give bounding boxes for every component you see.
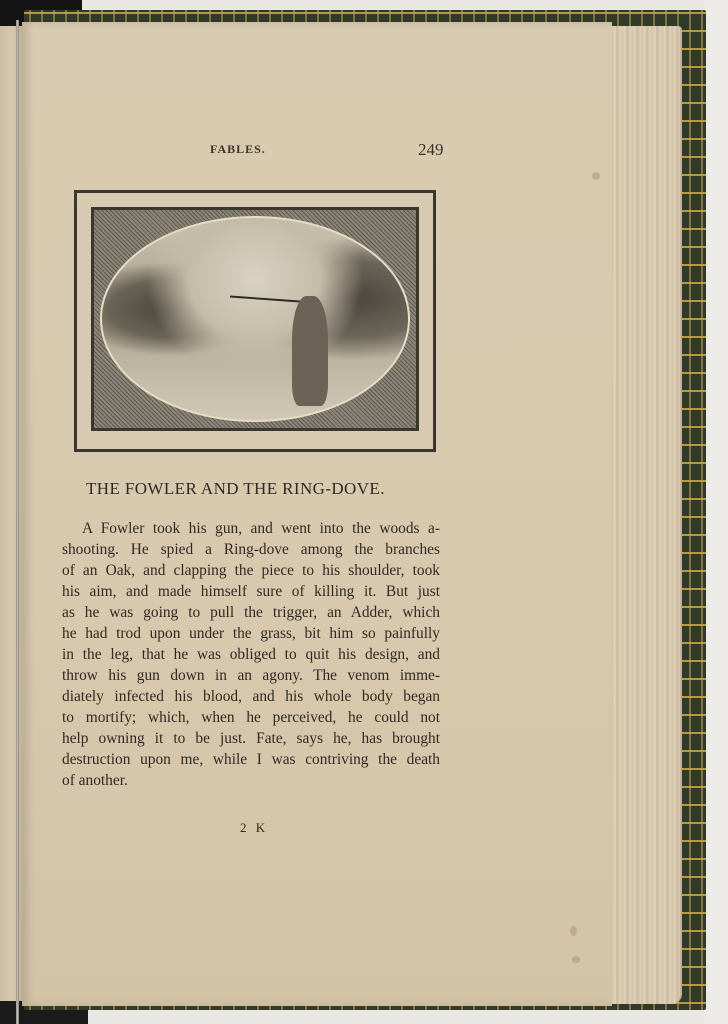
engraving-oval-vignette [100, 216, 410, 422]
foxing-spot [572, 956, 580, 963]
body-line: in the leg, that he was obliged to quit … [62, 644, 440, 665]
body-line: his aim, and made himself sure of killin… [62, 581, 440, 602]
body-line: diately infected his blood, and his whol… [62, 686, 440, 707]
body-line: help owning it to be just. Fate, says he… [62, 728, 440, 749]
signature-mark: 2 K [240, 820, 268, 836]
illustration-engraving [74, 190, 436, 452]
body-line: A Fowler took his gun, and went into the… [62, 518, 440, 539]
body-line: as he was going to pull the trigger, an … [62, 602, 440, 623]
fable-body-text: A Fowler took his gun, and went into the… [62, 518, 440, 791]
fowler-figure [292, 296, 328, 406]
body-line: of an Oak, and clapping the piece to his… [62, 560, 440, 581]
body-line: throw his gun down in an agony. The veno… [62, 665, 440, 686]
page-number: 249 [418, 140, 444, 160]
page-fore-edge [600, 26, 682, 1004]
book-page [22, 22, 612, 1006]
running-head: FABLES. [210, 142, 266, 157]
foxing-spot [570, 926, 577, 936]
body-line: destruction upon me, while I was contriv… [62, 749, 440, 770]
book-gutter [16, 20, 19, 1024]
foxing-spot [592, 172, 600, 180]
body-line: shooting. He spied a Ring-dove among the… [62, 539, 440, 560]
engraving-ornamental-border [91, 207, 419, 431]
gun-figure [230, 296, 300, 303]
body-line: of another. [62, 770, 440, 791]
fable-title: THE FOWLER AND THE RING-DOVE. [86, 479, 385, 499]
body-line: he had trod upon under the grass, bit hi… [62, 623, 440, 644]
body-line: to mortify; which, when he perceived, he… [62, 707, 440, 728]
background [704, 0, 728, 1024]
